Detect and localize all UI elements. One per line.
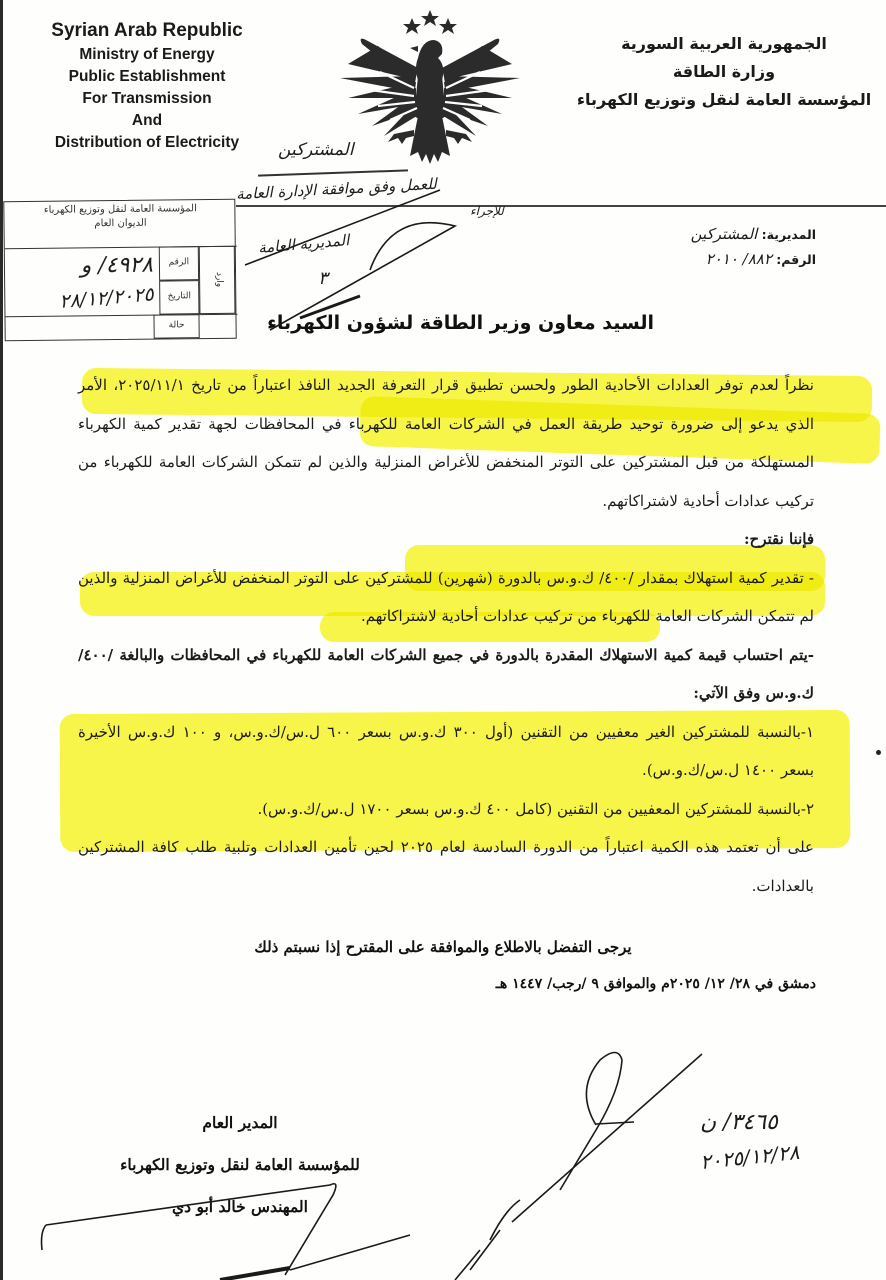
handwritten-directorate: المديرية العامة bbox=[257, 231, 350, 257]
page-edge bbox=[0, 0, 3, 1280]
stamp-status-text: حالة bbox=[169, 320, 185, 330]
signature-block: المدير العام للمؤسسة العامة لنقل وتوزيع … bbox=[40, 1102, 440, 1228]
letter-body: نظراً لعدم توفر العدادات الأحادية الطور … bbox=[78, 366, 814, 905]
handwritten-num: ٣ bbox=[318, 268, 328, 289]
date-line: دمشق في ٢٨/ ١٢/ ٢٠٢٥م والموافق ٩ /رجب/ ١… bbox=[496, 976, 816, 992]
incoming-stamp: المؤسسة العامة لنقل وتوزيع الكهرباء الدي… bbox=[3, 199, 236, 341]
number-value: ٨٨٢/ ٢٠١٠ bbox=[706, 250, 772, 268]
underline bbox=[258, 169, 408, 176]
establishment-en-4: Distribution of Electricity bbox=[22, 132, 272, 154]
stamp-title: المؤسسة العامة لنقل وتوزيع الكهرباء الدي… bbox=[4, 202, 236, 232]
directorate-value: المشتركين bbox=[691, 225, 758, 243]
arabic-letterhead: الجمهورية العربية السورية وزارة الطاقة ا… bbox=[574, 30, 874, 114]
establishment-en-1: Public Establishment bbox=[22, 66, 272, 88]
signatory-title: المدير العام bbox=[40, 1102, 440, 1144]
english-letterhead: Syrian Arab Republic Ministry of Energy … bbox=[22, 18, 272, 154]
stamp-number-label-text: الرقم bbox=[169, 257, 190, 267]
country-en: Syrian Arab Republic bbox=[22, 18, 272, 44]
stamp-date-label: التاريخ bbox=[159, 280, 199, 314]
document-page: Syrian Arab Republic Ministry of Energy … bbox=[0, 0, 886, 1280]
handwritten-incoming-date: ٢٠٢٥/١٢/٢٨ bbox=[699, 1140, 800, 1174]
handwritten-action: للإجراء bbox=[470, 204, 504, 218]
item-1: ١-بالنسبة للمشتركين الغير معفيين من التق… bbox=[78, 713, 814, 790]
establishment-en-2: For Transmission bbox=[22, 88, 272, 110]
stamp-status-label: حالة bbox=[153, 314, 199, 338]
proposal-2: -يتم احتساب قيمة كمية الاستهلاك المقدرة … bbox=[78, 636, 814, 713]
stamp-side-text: وارد bbox=[214, 272, 224, 287]
signatory-name: المهندس خالد أبو دي bbox=[40, 1186, 440, 1228]
country-ar: الجمهورية العربية السورية bbox=[574, 30, 874, 58]
handwritten-incoming-number: ٣٤٦٥/ ن bbox=[700, 1110, 778, 1135]
proposal-1: - تقدير كمية استهلاك بمقدار /٤٠٠/ ك.و.س … bbox=[78, 559, 814, 636]
stamp-divider-2 bbox=[5, 314, 237, 318]
number-line: الرقم: ٨٨٢/ ٢٠١٠ bbox=[691, 247, 816, 272]
stamp-number-label: الرقم bbox=[159, 246, 199, 280]
header-divider bbox=[236, 205, 886, 207]
stamp-title-line2: الديوان العام bbox=[4, 216, 236, 232]
condition-paragraph: على أن تعتمد هذه الكمية اعتباراً من الدو… bbox=[78, 828, 814, 905]
establishment-ar: المؤسسة العامة لنقل وتوزيع الكهرباء bbox=[574, 86, 874, 114]
ministry-ar: وزارة الطاقة bbox=[574, 58, 874, 86]
signatory-org: للمؤسسة العامة لنقل وتوزيع الكهرباء bbox=[40, 1144, 440, 1186]
closing-request: يرجى التفضل بالاطلاع والموافقة على المقت… bbox=[0, 938, 886, 956]
stamp-date-label-text: التاريخ bbox=[168, 291, 191, 301]
number-label: الرقم: bbox=[776, 252, 816, 267]
directorate-label: المديرية: bbox=[762, 227, 816, 242]
intro-paragraph: نظراً لعدم توفر العدادات الأحادية الطور … bbox=[78, 366, 814, 520]
directorate-line: المديرية: المشتركين bbox=[691, 222, 816, 247]
item-2: ٢-بالنسبة للمشتركين المعفيين من التقنين … bbox=[78, 790, 814, 829]
stamp-side-label: وارد bbox=[199, 246, 236, 314]
stamp-date-value: ٢٨/١٢/٢٠٢٥ bbox=[58, 283, 154, 313]
addressee: السيد معاون وزير الطاقة لشؤون الكهرباء bbox=[267, 312, 654, 334]
proposal-heading: فإننا نقترح: bbox=[78, 520, 814, 559]
stamp-number-value: ٤٩٢٨/ و bbox=[81, 253, 154, 279]
handwritten-instruction: للعمل وفق موافقة الإدارة العامة bbox=[236, 175, 438, 203]
reference-block: المديرية: المشتركين الرقم: ٨٨٢/ ٢٠١٠ bbox=[691, 222, 816, 272]
handwritten-subscribers: المشتركين bbox=[278, 140, 354, 160]
ministry-en: Ministry of Energy bbox=[22, 44, 272, 66]
margin-dot bbox=[876, 750, 881, 755]
establishment-en-3: And bbox=[22, 110, 272, 132]
